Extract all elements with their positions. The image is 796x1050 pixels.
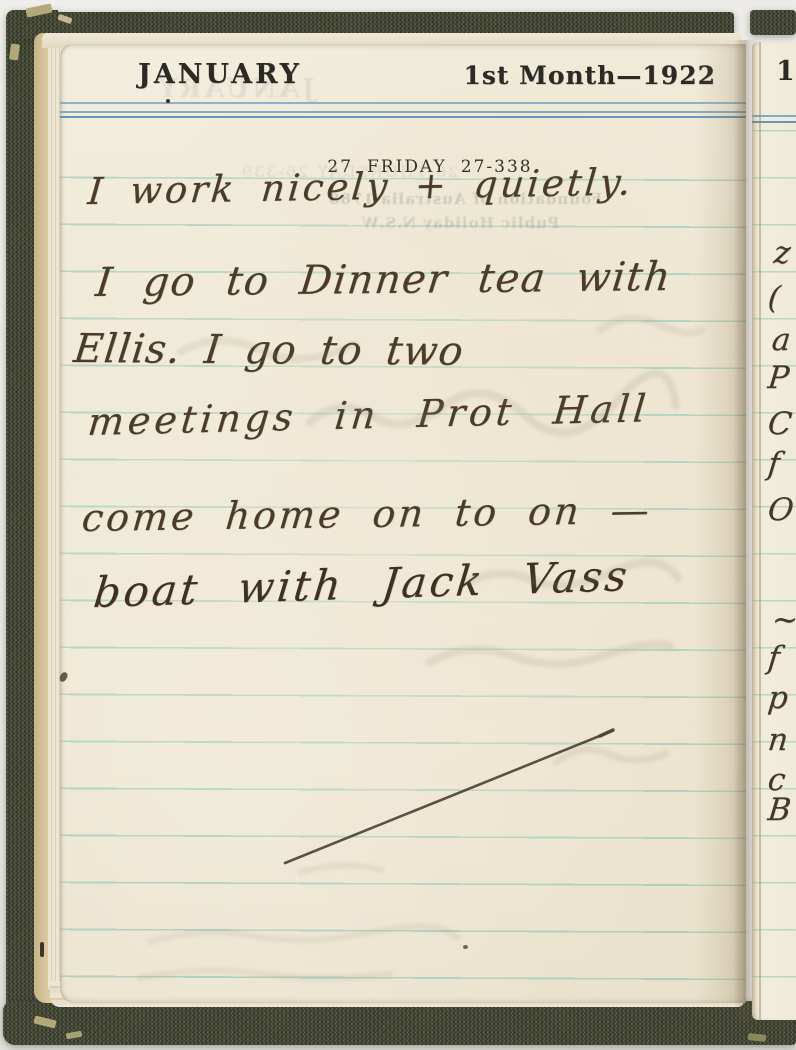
ghost-holiday-show-through: Public Holiday N.S.W (275, 214, 645, 232)
entry-line: I go to Dinner tea with (93, 254, 673, 306)
ink-fragment: B (766, 792, 793, 828)
page-crease (759, 42, 761, 1020)
entry-line: Ellis. I go to two (71, 326, 466, 375)
month-title: JANUARY (138, 59, 302, 90)
book-cover-top-right-corner (750, 10, 796, 35)
ink-fragment: C (766, 406, 794, 442)
header-rule-line (60, 111, 746, 113)
month-info: 1st Month—1922 (463, 61, 716, 90)
diary-page-left: JANUARY 26 THURSDAY 26-339 Foundation of… (60, 44, 746, 1003)
page-edge-mark (40, 942, 44, 957)
ink-fragment: ~ (770, 602, 796, 638)
header-rule-line (60, 116, 746, 118)
ink-fragment: P (766, 360, 791, 396)
next-page-header-fragment: 1 (776, 56, 795, 87)
ink-fragment: p (766, 680, 790, 716)
ink-fragment: n (766, 722, 790, 758)
ink-fragment: O (766, 492, 795, 528)
ink-fragment: a (770, 322, 792, 358)
page-gutter (734, 40, 758, 1022)
diary-page-right: 1 z ( a P C f O ~ f p n c B (752, 42, 796, 1020)
entry-line: come home on to on — (80, 488, 654, 540)
book-cover-bottom-edge (3, 1001, 796, 1045)
ink-speck (166, 99, 170, 103)
diary-photo: JANUARY 26 THURSDAY 26-339 Foundation of… (0, 0, 796, 1050)
ink-speck (463, 945, 468, 949)
